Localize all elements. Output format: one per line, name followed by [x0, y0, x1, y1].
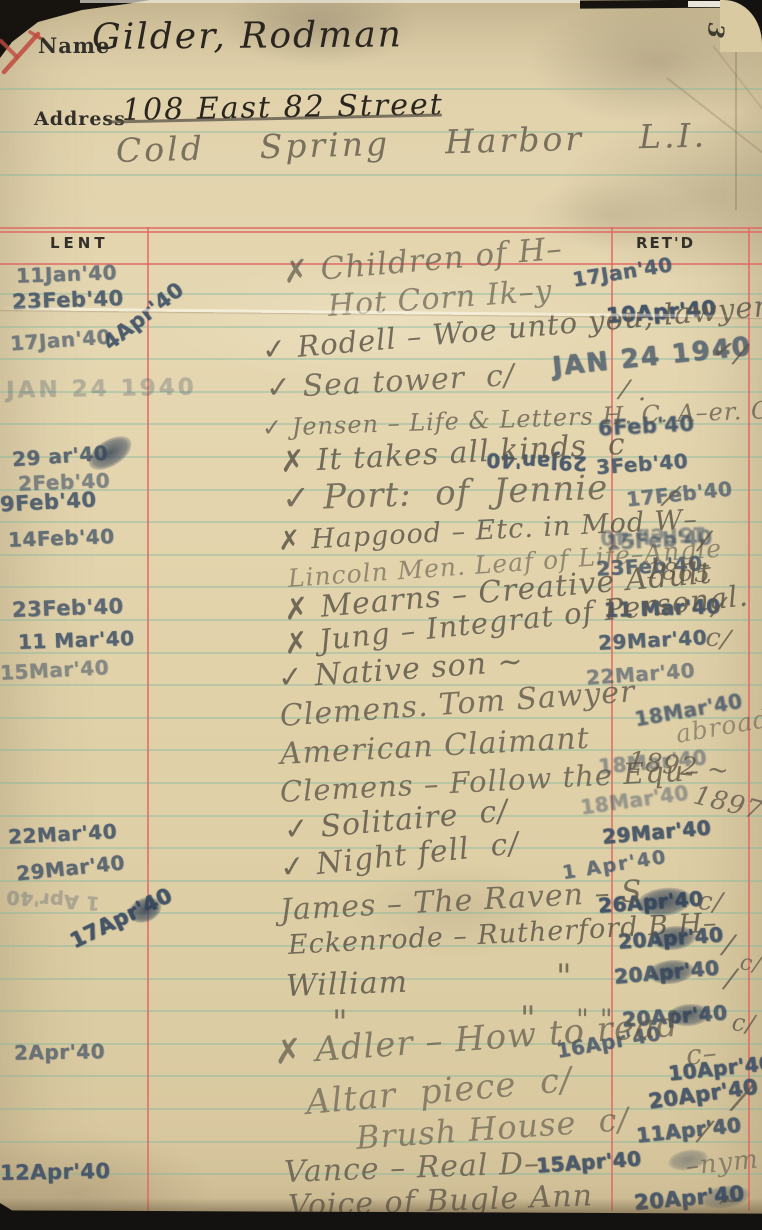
pencil-mark: c/	[697, 888, 724, 916]
pencil-mark: c–	[685, 1039, 719, 1070]
library-card-scan: Name Address LENT RET'D Gilder, Rodman 1…	[0, 0, 762, 1230]
date-stamp: 12Apr'40	[0, 1161, 111, 1184]
date-stamp: 17Jan'40	[9, 327, 111, 354]
entry-title: ✓ Port: of Jennie	[281, 471, 608, 516]
date-stamp: 23Feb'40	[12, 596, 124, 621]
date-stamp: 2Apr'40	[14, 1041, 105, 1063]
pencil-mark: ✓/	[709, 334, 749, 369]
pencil-mark: "	[520, 1002, 537, 1036]
red-rule-top-2	[0, 231, 762, 233]
card-edge-wear	[735, 42, 737, 210]
pencil-mark: "	[332, 1006, 349, 1040]
retd-column-header: RET'D	[636, 236, 695, 251]
pencil-mark: " "	[576, 1006, 614, 1034]
lent-column-header: LENT	[50, 236, 109, 251]
corner-number-mark: 3	[704, 22, 727, 39]
pencil-mark: 1865	[645, 558, 712, 586]
date-stamp: 11Jan'40	[16, 262, 118, 286]
ruled-line	[0, 174, 762, 176]
scan-bottom-edge	[0, 1210, 762, 1230]
date-stamp: JAN 24 1940	[6, 376, 197, 402]
date-stamp: 9Feb'40	[0, 489, 97, 515]
name-value: Gilder, Rodman	[92, 17, 403, 56]
date-stamp: 15Mar'40	[0, 657, 110, 683]
date-stamp: 29Mar'40	[598, 627, 708, 653]
date-stamp: 22Mar'40	[8, 821, 118, 847]
pencil-mark: c/	[704, 624, 733, 653]
entry-title: William	[285, 968, 408, 1002]
date-stamp: 1 Apr'40	[5, 887, 100, 912]
red-pencil-mark	[0, 28, 44, 76]
scan-top-edge	[80, 0, 580, 3]
pencil-mark: c/	[731, 1010, 757, 1036]
pencil-mark: / .	[618, 376, 650, 406]
red-rule-top-1	[0, 227, 762, 229]
date-stamp: 11 Mar'40	[18, 628, 135, 652]
pencil-mark: "	[556, 960, 573, 994]
date-stamp: 14Feb'40	[8, 526, 115, 550]
pencil-mark: c/	[738, 952, 762, 977]
